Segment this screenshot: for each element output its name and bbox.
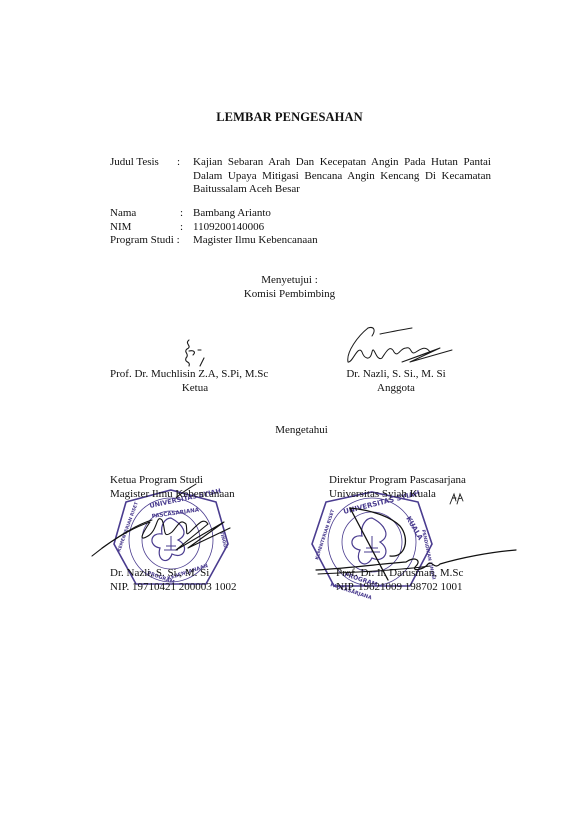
name-value: Bambang Arianto [193, 207, 271, 221]
nim-colon: : [180, 221, 183, 235]
acknowledgement-heading: Mengetahui [12, 424, 579, 436]
signature-chair [180, 336, 210, 368]
approval-page: LEMBAR PENGESAHAN Judul Tesis : Kajian S… [0, 0, 579, 819]
thesis-title-value: Kajian Sebaran Arah Dan Kecepatan Angin … [193, 156, 491, 197]
director-position: Direktur Program Pascasarjana [329, 474, 466, 488]
chair-name: Prof. Dr. Muchlisin Z.A, S.Pi, M.Sc [110, 368, 268, 382]
signature-program-head [92, 478, 232, 560]
approval-subheading: Komisi Pembimbing [0, 288, 579, 300]
program-head-nip: NIP. 19710421 200003 1002 [110, 581, 237, 595]
chair-role: Ketua [170, 382, 220, 396]
nim-value: 1109200140006 [193, 221, 264, 235]
program-head-name: Dr. Nazli, S. Si., M. Si [110, 567, 209, 581]
approval-heading: Menyetujui : [0, 274, 579, 286]
signature-director [310, 500, 520, 592]
nim-label: NIM [110, 221, 131, 235]
name-label: Nama [110, 207, 136, 221]
name-colon: : [180, 207, 183, 221]
signature-member [340, 322, 460, 368]
program-value: Magister Ilmu Kebencanaan [193, 234, 318, 248]
member-name: Dr. Nazli, S. Si., M. Si [336, 368, 456, 382]
page-title: LEMBAR PENGESAHAN [0, 110, 579, 125]
program-label: Program Studi : [110, 234, 180, 248]
director-institution: Universitas Syiah Kuala [329, 488, 436, 502]
thesis-label: Judul Tesis [110, 156, 159, 170]
member-role: Anggota [336, 382, 456, 396]
thesis-colon: : [177, 156, 180, 170]
